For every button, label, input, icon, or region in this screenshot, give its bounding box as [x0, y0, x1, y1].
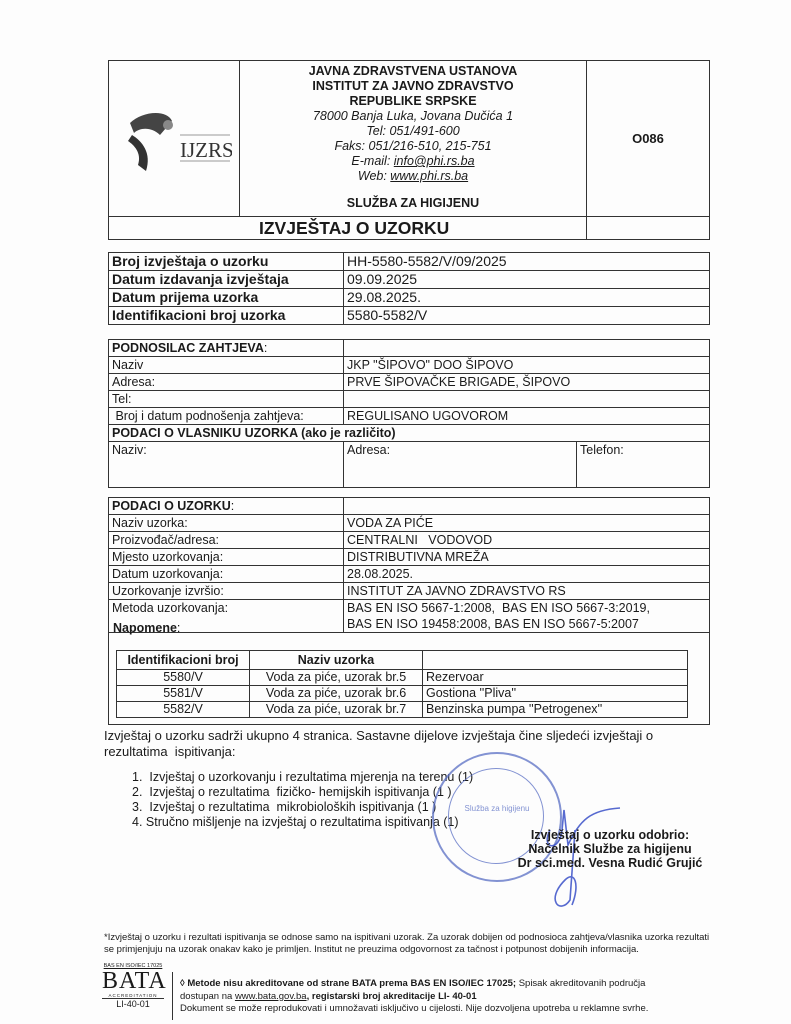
empty-cell [344, 498, 710, 515]
approval-label: Izvještaj o uzorku odobrio: [490, 828, 730, 842]
sampling-place-label: Mjesto uzorkovanja: [109, 549, 344, 566]
approval-signature-block: Izvještaj o uzorku odobrio: Načelnik Slu… [490, 828, 730, 870]
owner-row: Naziv: Adresa: Telefon: [109, 442, 710, 488]
table-row: Adresa:PRVE ŠIPOVAČKE BRIGADE, ŠIPOVO [109, 374, 710, 391]
table-row: 5581/VVoda za piće, uzorak br.6Gostiona … [117, 686, 688, 702]
sample-table: PODACI O UZORKU: Naziv uzorka:VODA ZA PI… [108, 497, 710, 633]
sample-name-value: VODA ZA PIĆE [344, 515, 710, 532]
owner-heading: PODACI O VLASNIKU UZORKA (ako je različi… [109, 425, 710, 442]
accreditation-prefix: dostupan na [180, 991, 235, 1002]
department: SLUŽBA ZA HIGIJENU [243, 196, 583, 211]
reproduction-note: Dokument se može reprodukovati i umnožav… [180, 1003, 720, 1016]
email-link[interactable]: info@phi.rs.ba [394, 154, 475, 168]
table-row: Tel: [109, 391, 710, 408]
owner-phone-field: Telefon: [577, 442, 710, 488]
table-row: Datum izdavanja izvještaja09.09.2025 [109, 271, 710, 289]
table-row: Datum prijema uzorka29.08.2025. [109, 289, 710, 307]
divider [172, 972, 173, 1020]
bata-link[interactable]: www.bata.gov.ba [235, 991, 307, 1002]
applicant-address-value: PRVE ŠIPOVAČKE BRIGADE, ŠIPOVO [344, 374, 710, 391]
svg-text:IJZRS: IJZRS [180, 138, 232, 162]
applicant-name-label: Naziv [109, 357, 344, 374]
samples-id-table: Identifikacioni broj Naziv uzorka 5580/V… [116, 650, 688, 718]
email-line: E-mail: info@phi.rs.ba [243, 154, 583, 169]
footer-disclaimer: *Izvještaj o uzorku i rezultati ispitiva… [104, 932, 710, 955]
accreditation-bold: ◊ Metode nisu akreditovane od strane BAT… [180, 978, 516, 989]
request-label: Broj i datum podnošenja zahtjeva: [109, 408, 344, 425]
list-item: 1. Izvještaj o uzorkovanju i rezultatima… [132, 770, 473, 785]
sample-location: Rezervoar [423, 670, 688, 686]
bata-accreditation-logo: BAS EN ISO/IEC 17025 BATA ACCREDITATION … [102, 963, 164, 1009]
table-row: Uzorkovanje izvršio:INSTITUT ZA JAVNO ZD… [109, 583, 710, 600]
approver-title: Načelnik Službe za higijenu [490, 842, 730, 856]
producer-value: CENTRALNI VODOVOD [344, 532, 710, 549]
heading-suffix: : [231, 499, 234, 513]
sampled-by-value: INSTITUT ZA JAVNO ZDRAVSTVO RS [344, 583, 710, 600]
receipt-date-value: 29.08.2025. [344, 289, 710, 307]
col-header-id: Identifikacioni broj [117, 651, 250, 670]
list-item: 3. Izvještaj o rezultatima mikrobiološki… [132, 800, 473, 815]
table-row: Mjesto uzorkovanja:DISTRIBUTIVNA MREŽA [109, 549, 710, 566]
applicant-tel-label: Tel: [109, 391, 344, 408]
table-row: 5582/VVoda za piće, uzorak br.7Benzinska… [117, 702, 688, 718]
list-item: 4. Stručno mišljenje na izvještaj o rezu… [132, 815, 473, 830]
form-code: O086 [587, 61, 710, 217]
heading-suffix: : [264, 341, 267, 355]
logo-cell: IJZRS [109, 61, 240, 217]
sample-id: 5580/V [117, 670, 250, 686]
accreditation-rest: Spisak akreditovanih područja [516, 978, 645, 989]
summary-text: Izvještaj o uzorku sadrži ukupno 4 stran… [104, 728, 724, 760]
issue-date-value: 09.09.2025 [344, 271, 710, 289]
sample-name: Voda za piće, uzorak br.5 [250, 670, 423, 686]
table-row: Broj i datum podnošenja zahtjeva:REGULIS… [109, 408, 710, 425]
sample-id: 5581/V [117, 686, 250, 702]
email-label: E-mail: [351, 154, 393, 168]
fax: Faks: 051/216-510, 215-751 [243, 139, 583, 154]
sample-id-label: Identifikacioni broj uzorka [109, 307, 344, 325]
table-row: Broj izvještaja o uzorkuHH-5580-5582/V/0… [109, 253, 710, 271]
sample-name-label: Naziv uzorka: [109, 515, 344, 532]
notes-label: Napomene: [113, 621, 180, 635]
sample-id: 5582/V [117, 702, 250, 718]
web-line: Web: www.phi.rs.ba [243, 169, 583, 184]
owner-address-field: Adresa: [344, 442, 577, 488]
producer-label: Proizvođač/adresa: [109, 532, 344, 549]
attached-reports-list: 1. Izvještaj o uzorkovanju i rezultatima… [132, 770, 473, 830]
web-label: Web: [358, 169, 390, 183]
col-header-location [423, 651, 688, 670]
applicant-table: PODNOSILAC ZAHTJEVA: NazivJKP "ŠIPOVO" D… [108, 339, 710, 488]
receipt-date-label: Datum prijema uzorka [109, 289, 344, 307]
table-row: 5580/VVoda za piće, uzorak br.5Rezervoar [117, 670, 688, 686]
bata-number: LI-40-01 [102, 999, 164, 1009]
summary-line: Izvještaj o uzorku sadrži ukupno 4 stran… [104, 728, 724, 744]
document-header: IJZRS JAVNA ZDRAVSTVENA USTANOVA INSTITU… [108, 60, 710, 240]
applicant-address-label: Adresa: [109, 374, 344, 391]
sampled-by-label: Uzorkovanje izvršio: [109, 583, 344, 600]
bata-logo-text: BATA [102, 969, 164, 993]
sample-location: Benzinska pumpa ''Petrogenex'' [423, 702, 688, 718]
method-line: BAS EN ISO 5667-1:2008, BAS EN ISO 5667-… [347, 600, 706, 616]
summary-line: rezultatima ispitivanja: [104, 744, 724, 760]
sample-id-value: 5580-5582/V [344, 307, 710, 325]
notes-suffix: : [177, 621, 180, 635]
accreditation-note: ◊ Metode nisu akreditovane od strane BAT… [180, 978, 720, 1016]
applicant-name-value: JKP "ŠIPOVO" DOO ŠIPOVO [344, 357, 710, 374]
table-row: Naziv uzorka:VODA ZA PIĆE [109, 515, 710, 532]
report-number-label: Broj izvještaja o uzorku [109, 253, 344, 271]
table-row: Datum uzorkovanja:28.08.2025. [109, 566, 710, 583]
table-row: Identifikacioni broj uzorka5580-5582/V [109, 307, 710, 325]
accreditation-line: dostupan na www.bata.gov.ba, registarski… [180, 991, 720, 1004]
applicant-heading: PODNOSILAC ZAHTJEVA: [109, 340, 344, 357]
owner-name-field: Naziv: [109, 442, 344, 488]
institution-info: JAVNA ZDRAVSTVENA USTANOVA INSTITUT ZA J… [240, 61, 587, 217]
sample-name: Voda za piće, uzorak br.6 [250, 686, 423, 702]
heading-text: PODACI O UZORKU [112, 499, 231, 513]
accreditation-reg-number: , registarski broj akreditacije LI- 40-0… [307, 991, 477, 1002]
request-value: REGULISANO UGOVOROM [344, 408, 710, 425]
empty-cell [344, 340, 710, 357]
report-info-table: Broj izvještaja o uzorkuHH-5580-5582/V/0… [108, 252, 710, 325]
institution-line: INSTITUT ZA JAVNO ZDRAVSTVO [243, 79, 583, 94]
col-header-name: Naziv uzorka [250, 651, 423, 670]
issue-date-label: Datum izdavanja izvještaja [109, 271, 344, 289]
web-link[interactable]: www.phi.rs.ba [390, 169, 468, 183]
address: 78000 Banja Luka, Jovana Dučića 1 [243, 109, 583, 124]
sampling-place-value: DISTRIBUTIVNA MREŽA [344, 549, 710, 566]
applicant-tel-value [344, 391, 710, 408]
accreditation-line: ◊ Metode nisu akreditovane od strane BAT… [180, 978, 720, 991]
sampling-date-value: 28.08.2025. [344, 566, 710, 583]
sample-heading: PODACI O UZORKU: [109, 498, 344, 515]
heading-text: PODNOSILAC ZAHTJEVA [112, 341, 264, 355]
approver-name: Dr sci.med. Vesna Rudić Grujić [490, 856, 730, 870]
list-item: 2. Izvještaj o rezultatima fizičko- hemi… [132, 785, 473, 800]
sample-name: Voda za piće, uzorak br.7 [250, 702, 423, 718]
notes-label-text: Napomene [113, 621, 177, 635]
institution-line: REPUBLIKE SRPSKE [243, 94, 583, 109]
institution-line: JAVNA ZDRAVSTVENA USTANOVA [243, 64, 583, 79]
empty-cell [587, 217, 710, 240]
sample-location: Gostiona ''Pliva'' [423, 686, 688, 702]
table-row: Proizvođač/adresa:CENTRALNI VODOVOD [109, 532, 710, 549]
ijzrs-logo-icon: IJZRS [112, 61, 232, 211]
telephone: Tel: 051/491-600 [243, 124, 583, 139]
report-number-value: HH-5580-5582/V/09/2025 [344, 253, 710, 271]
table-row: NazivJKP "ŠIPOVO" DOO ŠIPOVO [109, 357, 710, 374]
sampling-date-label: Datum uzorkovanja: [109, 566, 344, 583]
page-title: IZVJEŠTAJ O UZORKU [109, 217, 587, 240]
